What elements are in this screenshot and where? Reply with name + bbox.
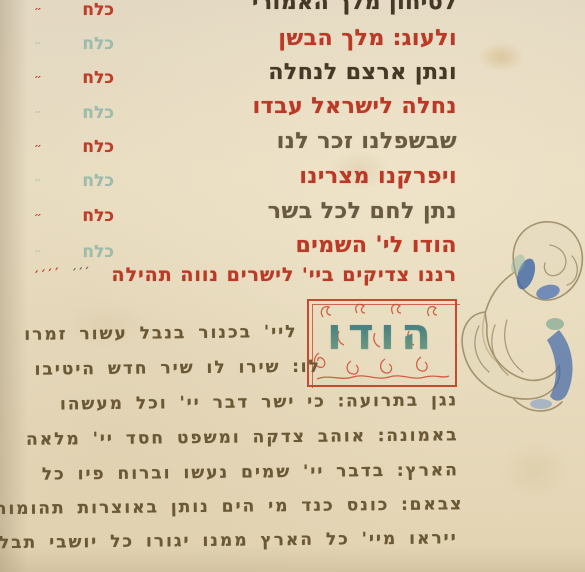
psalm33-line: ייראו מיי' כל הארץ ממנו יגורו כל יושבי ת…: [0, 528, 458, 553]
psalm33-line: הארץ׃ בדבר יי' שמים נעשו וברוח פיו כל: [42, 460, 459, 484]
psalm33-line: באמונה׃ אוהב צדקה ומשפט חסד יי' מלאה: [26, 425, 459, 450]
manuscript-page: ״כלח ״כלח ״כלח ״כלח ״כלח ״כלח ״כלח ״כלח …: [0, 0, 585, 572]
psalm33-line: נגן בתרועה׃ כי ישר דבר יי' וכל מעשהו: [60, 390, 458, 414]
psalm33-line: ליי' בכנור בנבל עשור זמרו: [24, 322, 297, 345]
psalm33-line: לו׃ שירו לו שיר חדש היטיבו: [34, 357, 320, 380]
foliate-ornament: [455, 212, 585, 427]
psalm33-line: צבאם׃ כונס כנד מי הים נותן באוצרות תהומו…: [0, 494, 463, 519]
